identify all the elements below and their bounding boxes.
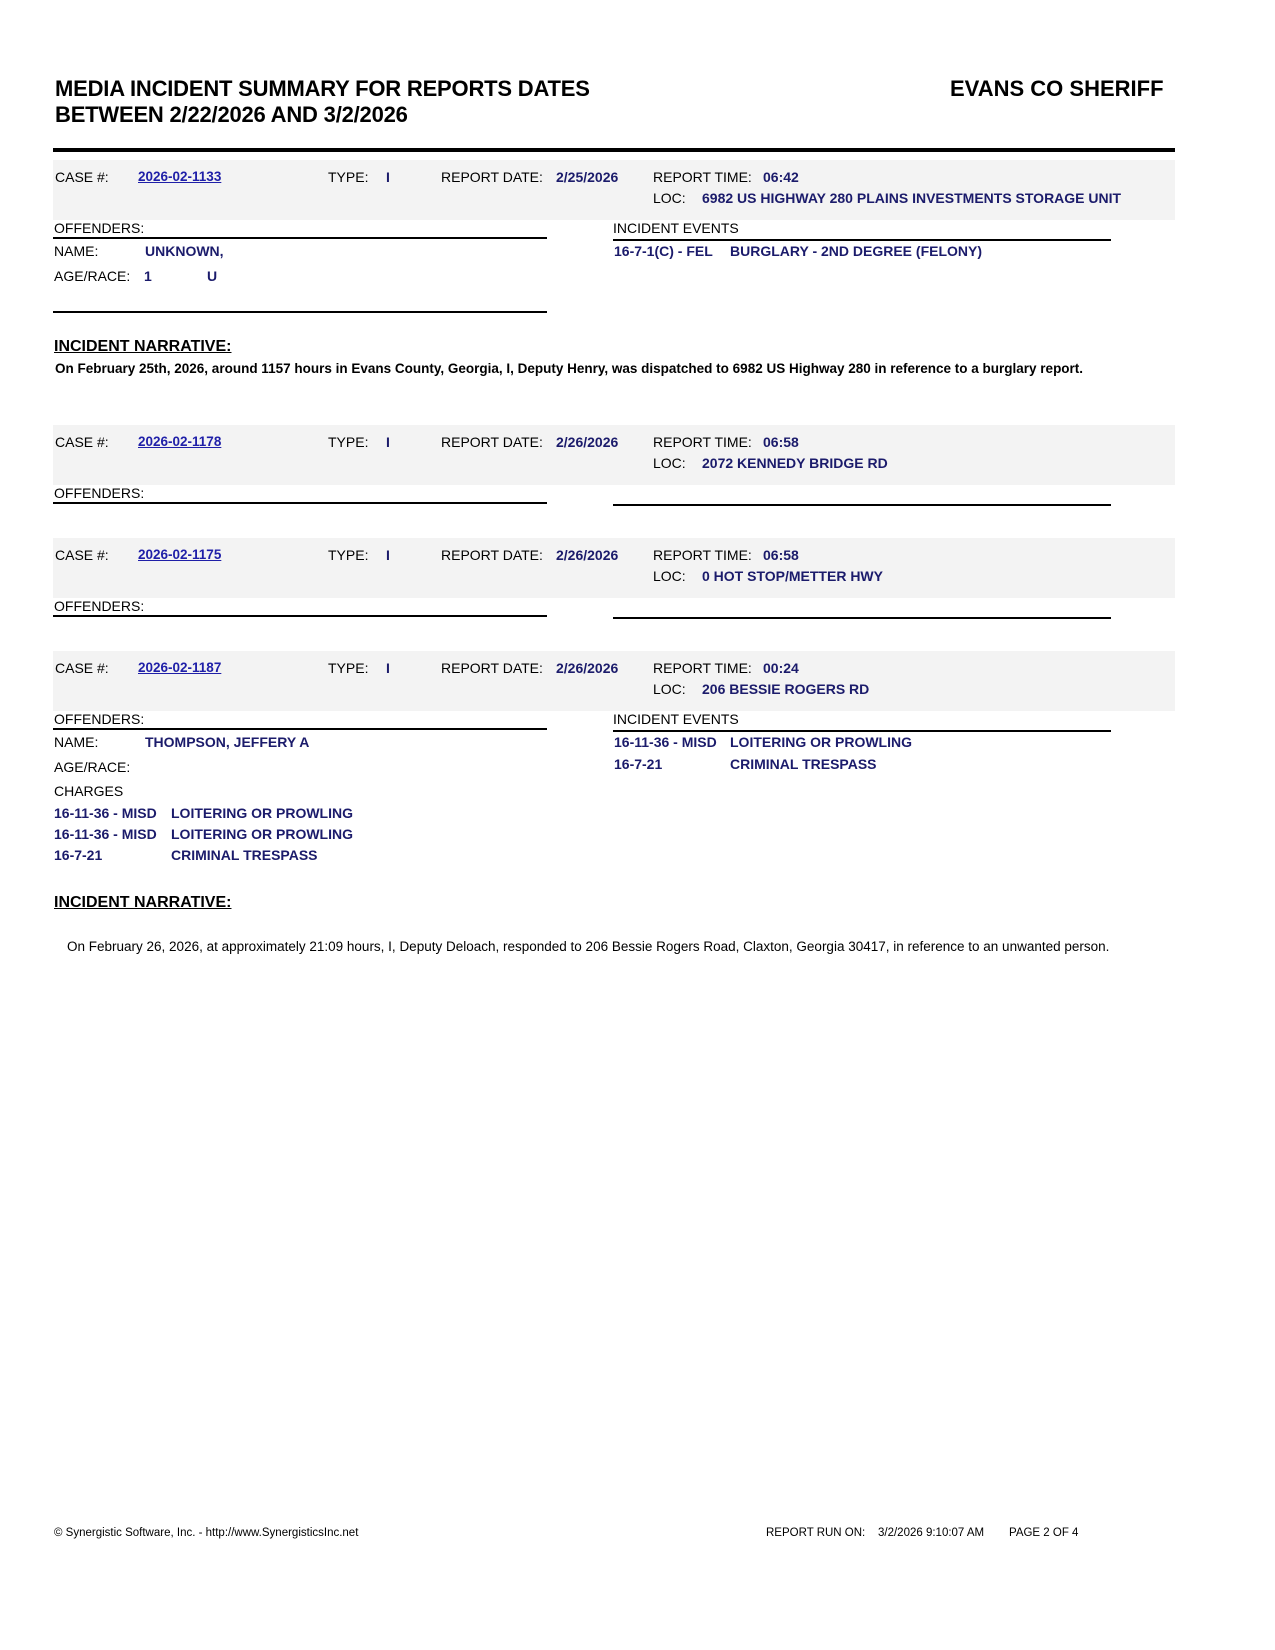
- report-time-label: REPORT TIME:: [653, 659, 752, 677]
- report-time-label: REPORT TIME:: [653, 168, 752, 186]
- header-divider: [53, 148, 1175, 152]
- report-title-line1: MEDIA INCIDENT SUMMARY FOR REPORTS DATES: [55, 76, 590, 102]
- location-value: 0 HOT STOP/METTER HWY: [702, 567, 883, 585]
- loc-label: LOC:: [653, 454, 686, 472]
- loc-label: LOC:: [653, 189, 686, 207]
- event-code: 16-11-36 - MISD: [614, 733, 717, 751]
- offenders-underline: [53, 615, 547, 617]
- event-code: 16-7-21: [614, 755, 662, 773]
- offenders-bottom-rule: [53, 311, 547, 313]
- offender-name: THOMPSON, JEFFERY A: [145, 733, 309, 751]
- offenders-label: OFFENDERS:: [54, 710, 144, 728]
- type-value: I: [386, 659, 390, 677]
- report-time-value: 06:42: [763, 168, 799, 186]
- footer-run-on-value: 3/2/2026 9:10:07 AM: [878, 1526, 984, 1540]
- event-description: CRIMINAL TRESPASS: [730, 755, 877, 773]
- report-time-value: 06:58: [763, 433, 799, 451]
- offenders-underline: [53, 237, 547, 239]
- case-number-link[interactable]: 2026-02-1187: [138, 660, 221, 675]
- charges-label: CHARGES: [54, 782, 123, 800]
- type-value: I: [386, 168, 390, 186]
- report-time-value: 00:24: [763, 659, 799, 677]
- name-label: NAME:: [54, 733, 98, 751]
- charge-code: 16-11-36 - MISD: [54, 825, 157, 843]
- report-date-value: 2/26/2026: [556, 433, 618, 451]
- charge-description: CRIMINAL TRESPASS: [171, 846, 318, 864]
- case-label: CASE #:: [55, 433, 109, 451]
- charge-code: 16-7-21: [54, 846, 102, 864]
- event-description: LOITERING OR PROWLING: [730, 733, 912, 751]
- report-time-label: REPORT TIME:: [653, 433, 752, 451]
- report-date-value: 2/26/2026: [556, 546, 618, 564]
- type-value: I: [386, 433, 390, 451]
- location-value: 6982 US HIGHWAY 280 PLAINS INVESTMENTS S…: [702, 189, 1121, 207]
- case-label: CASE #:: [55, 659, 109, 677]
- type-label: TYPE:: [328, 546, 368, 564]
- age-race-label: AGE/RACE:: [54, 267, 130, 285]
- charge-description: LOITERING OR PROWLING: [171, 804, 353, 822]
- loc-label: LOC:: [653, 680, 686, 698]
- report-date-label: REPORT DATE:: [441, 433, 543, 451]
- event-description: BURGLARY - 2ND DEGREE (FELONY): [730, 242, 982, 260]
- narrative-text: On February 26, 2026, at approximately 2…: [55, 930, 1155, 964]
- report-time-label: REPORT TIME:: [653, 546, 752, 564]
- incident-events-underline: [613, 617, 1111, 619]
- type-label: TYPE:: [328, 659, 368, 677]
- report-title-line2: BETWEEN 2/22/2026 AND 3/2/2026: [55, 102, 590, 128]
- footer-run-on-label: REPORT RUN ON:: [766, 1526, 865, 1540]
- footer-page-number: PAGE 2 OF 4: [1009, 1526, 1078, 1540]
- incident-events-label: INCIDENT EVENTS: [613, 219, 739, 237]
- case-number-link[interactable]: 2026-02-1178: [138, 434, 221, 449]
- offender-age: 1: [144, 267, 152, 285]
- case-number-link[interactable]: 2026-02-1175: [138, 547, 221, 562]
- report-date-value: 2/26/2026: [556, 659, 618, 677]
- loc-label: LOC:: [653, 567, 686, 585]
- report-title: MEDIA INCIDENT SUMMARY FOR REPORTS DATES…: [55, 76, 590, 128]
- report-date-label: REPORT DATE:: [441, 659, 543, 677]
- report-date-label: REPORT DATE:: [441, 546, 543, 564]
- agency-name: EVANS CO SHERIFF: [950, 76, 1164, 102]
- narrative-text: On February 25th, 2026, around 1157 hour…: [55, 360, 1135, 378]
- narrative-heading: INCIDENT NARRATIVE:: [54, 893, 231, 913]
- narrative-heading: INCIDENT NARRATIVE:: [54, 337, 231, 357]
- incident-events-label: INCIDENT EVENTS: [613, 710, 739, 728]
- charge-code: 16-11-36 - MISD: [54, 804, 157, 822]
- incident-events-underline: [613, 730, 1111, 732]
- offenders-underline: [53, 728, 547, 730]
- report-date-label: REPORT DATE:: [441, 168, 543, 186]
- location-value: 206 BESSIE ROGERS RD: [702, 680, 869, 698]
- offenders-label: OFFENDERS:: [54, 484, 144, 502]
- type-label: TYPE:: [328, 168, 368, 186]
- type-value: I: [386, 546, 390, 564]
- offenders-underline: [53, 502, 547, 504]
- offender-race: U: [207, 267, 217, 285]
- incident-events-underline: [613, 239, 1111, 241]
- case-label: CASE #:: [55, 546, 109, 564]
- charge-description: LOITERING OR PROWLING: [171, 825, 353, 843]
- case-number-link[interactable]: 2026-02-1133: [138, 169, 221, 184]
- offenders-label: OFFENDERS:: [54, 219, 144, 237]
- name-label: NAME:: [54, 242, 98, 260]
- incident-events-underline: [613, 504, 1111, 506]
- location-value: 2072 KENNEDY BRIDGE RD: [702, 454, 888, 472]
- case-label: CASE #:: [55, 168, 109, 186]
- event-code: 16-7-1(C) - FEL: [614, 242, 713, 260]
- report-date-value: 2/25/2026: [556, 168, 618, 186]
- report-time-value: 06:58: [763, 546, 799, 564]
- age-race-label: AGE/RACE:: [54, 758, 130, 776]
- offender-name: UNKNOWN,: [145, 242, 224, 260]
- offenders-label: OFFENDERS:: [54, 597, 144, 615]
- type-label: TYPE:: [328, 433, 368, 451]
- footer-copyright: © Synergistic Software, Inc. - http://ww…: [54, 1526, 358, 1540]
